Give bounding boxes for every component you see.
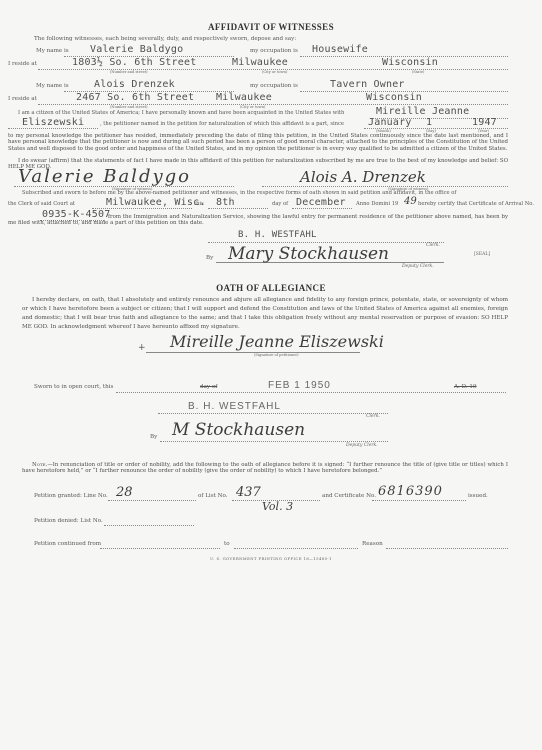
printer-footer: U. S. GOVERNMENT PRINTING OFFICE 16—1548… [0,556,542,561]
deputy-label: Deputy Clerk. [402,264,434,269]
day-of-label-oath: day of [200,384,217,390]
by-label: By [206,255,213,261]
citizen-text: I am a citizen of the United States of A… [18,110,344,116]
reside-label-1: I reside at [8,61,37,67]
witness-1-signature: Valerie Baldygo [18,166,191,187]
petitioner-first-name: Mireille Jeanne [376,106,469,117]
clerk-line [208,242,444,243]
subscribed-text: Subscribed and sworn to before me by the… [22,190,456,196]
line-no: 28 [116,485,133,500]
this-label: this [194,201,204,207]
oath-deputy-label: Deputy Clerk. [346,443,378,448]
witness-2-street: 2467 So. 6th Street [76,92,194,103]
oath-clerk-line [158,413,388,414]
petitioner-signature: Mireille Jeanne Eliszewski [170,332,384,351]
caption-city-2: (City or town) [240,105,265,109]
sworn-date-line [116,392,506,393]
oath-title: OATH OF ALLEGIANCE [0,283,542,293]
clerk-of-court-label: the Clerk of said Court at [8,201,75,207]
denied-list-line [104,525,194,526]
witness-2-signature: Alois A. Drenzek [300,168,426,186]
day-of-label: day of [272,201,288,207]
certificate-no: 6816390 [378,484,443,499]
witness-1-street: 1803½ So. 6th Street [72,57,196,68]
reason-label: Reason [362,541,383,547]
continued-to-line [234,548,358,549]
continued-label: Petition continued from [34,541,101,547]
court-place: Milwaukee, Wisc. [106,197,206,208]
witness-1-name: Valerie Baldygo [90,44,183,55]
witness-1-state: Wisconsin [382,57,438,68]
since-day: 1 [426,117,432,128]
list-label: of List No. [198,493,228,499]
issued-label: issued. [468,493,488,499]
certificate-no-line [372,500,466,501]
affidavit-body-text: to my personal knowledge the petitioner … [8,133,508,152]
witness-2-occupation: Tavern Owner [330,79,405,90]
address-line-2 [38,104,508,105]
name-label-2: My name is [36,83,69,89]
clerk-name: B. H. WESTFAHL [238,230,317,240]
reside-label-2: I reside at [8,96,37,102]
sworn-label: Sworn to in open court, this [34,384,113,390]
month-value: December [296,197,346,208]
naturalization-form-page: AFFIDAVIT OF WITNESSES The following wit… [0,0,542,750]
occupation-label-2: my occupation is [250,83,298,89]
sworn-date-stamp: FEB 1 1950 [268,380,331,391]
caption-signature-petitioner: (Signature of petitioner) [254,353,299,357]
petitioner-last-line [8,128,98,129]
month-line [292,208,352,209]
certify-text: hereby certify that Certificate of Arriv… [418,201,534,207]
petitioner-signature-line [146,352,360,353]
seal-label: [SEAL] [474,252,490,257]
list-no: 437 [236,485,261,500]
day-line [208,208,268,209]
arrival-text: from the Immigration and Naturalization … [8,214,508,227]
witness-1-occupation: Housewife [312,44,368,55]
line-no-line [108,500,196,501]
note-body: —In renunciation of title or order of no… [22,462,508,474]
witness-1-city: Milwaukee [232,57,288,68]
reason-line [386,548,508,549]
continued-from-line [100,548,220,549]
petitioner-last-name: Eliszewski [22,117,84,128]
witness-2-state: Wisconsin [366,92,422,103]
since-month: January [368,117,412,128]
granted-label: Petition granted: Line No. [34,493,108,499]
oath-by-label: By [150,434,157,440]
oath-clerk-name: B. H. WESTFAHL [188,401,281,412]
petitioner-text: , the petitioner named in the petition f… [100,121,344,127]
year-value: 49 [404,196,417,207]
ad-label: A. D. 19 [454,384,477,390]
oath-deputy-signature: M Stockhausen [172,420,305,440]
clerk-label: Clerk. [426,243,440,248]
occupation-label-1: my occupation is [250,48,298,54]
affidavit-intro: The following witnesses, each being seve… [34,36,296,42]
deputy-signature: Mary Stockhausen [228,244,389,264]
caption-state-1: (State) [412,70,424,74]
oath-clerk-label: Clerk. [366,414,380,419]
volume: Vol. 3 [262,500,293,513]
oath-text: I hereby declare, on oath, that I absolu… [22,296,508,332]
affidavit-title: AFFIDAVIT OF WITNESSES [0,22,542,32]
caption-city-1: (City or town) [262,70,287,74]
witness-2-signature-line [262,186,508,187]
caption-street-1: (Number and street) [110,70,148,74]
name-label-1: My name is [36,48,69,54]
caption-street-2: (Number and street) [110,105,148,109]
witness-2-name: Alois Drenzek [94,79,175,90]
to-label: to [224,541,230,547]
petitioner-mark: + [138,343,146,353]
denied-label: Petition denied: List No. [34,518,103,524]
oath-deputy-line [160,441,388,442]
since-year: 1947 [472,117,497,128]
certificate-label: and Certificate No. [322,493,376,499]
note-text: Note.—In renunciation of title or order … [22,462,508,475]
day-value: 8th [216,197,235,208]
anno-domini-label: Anno Domini 19 [356,201,398,207]
witness-2-city: Milwaukee [216,92,272,103]
